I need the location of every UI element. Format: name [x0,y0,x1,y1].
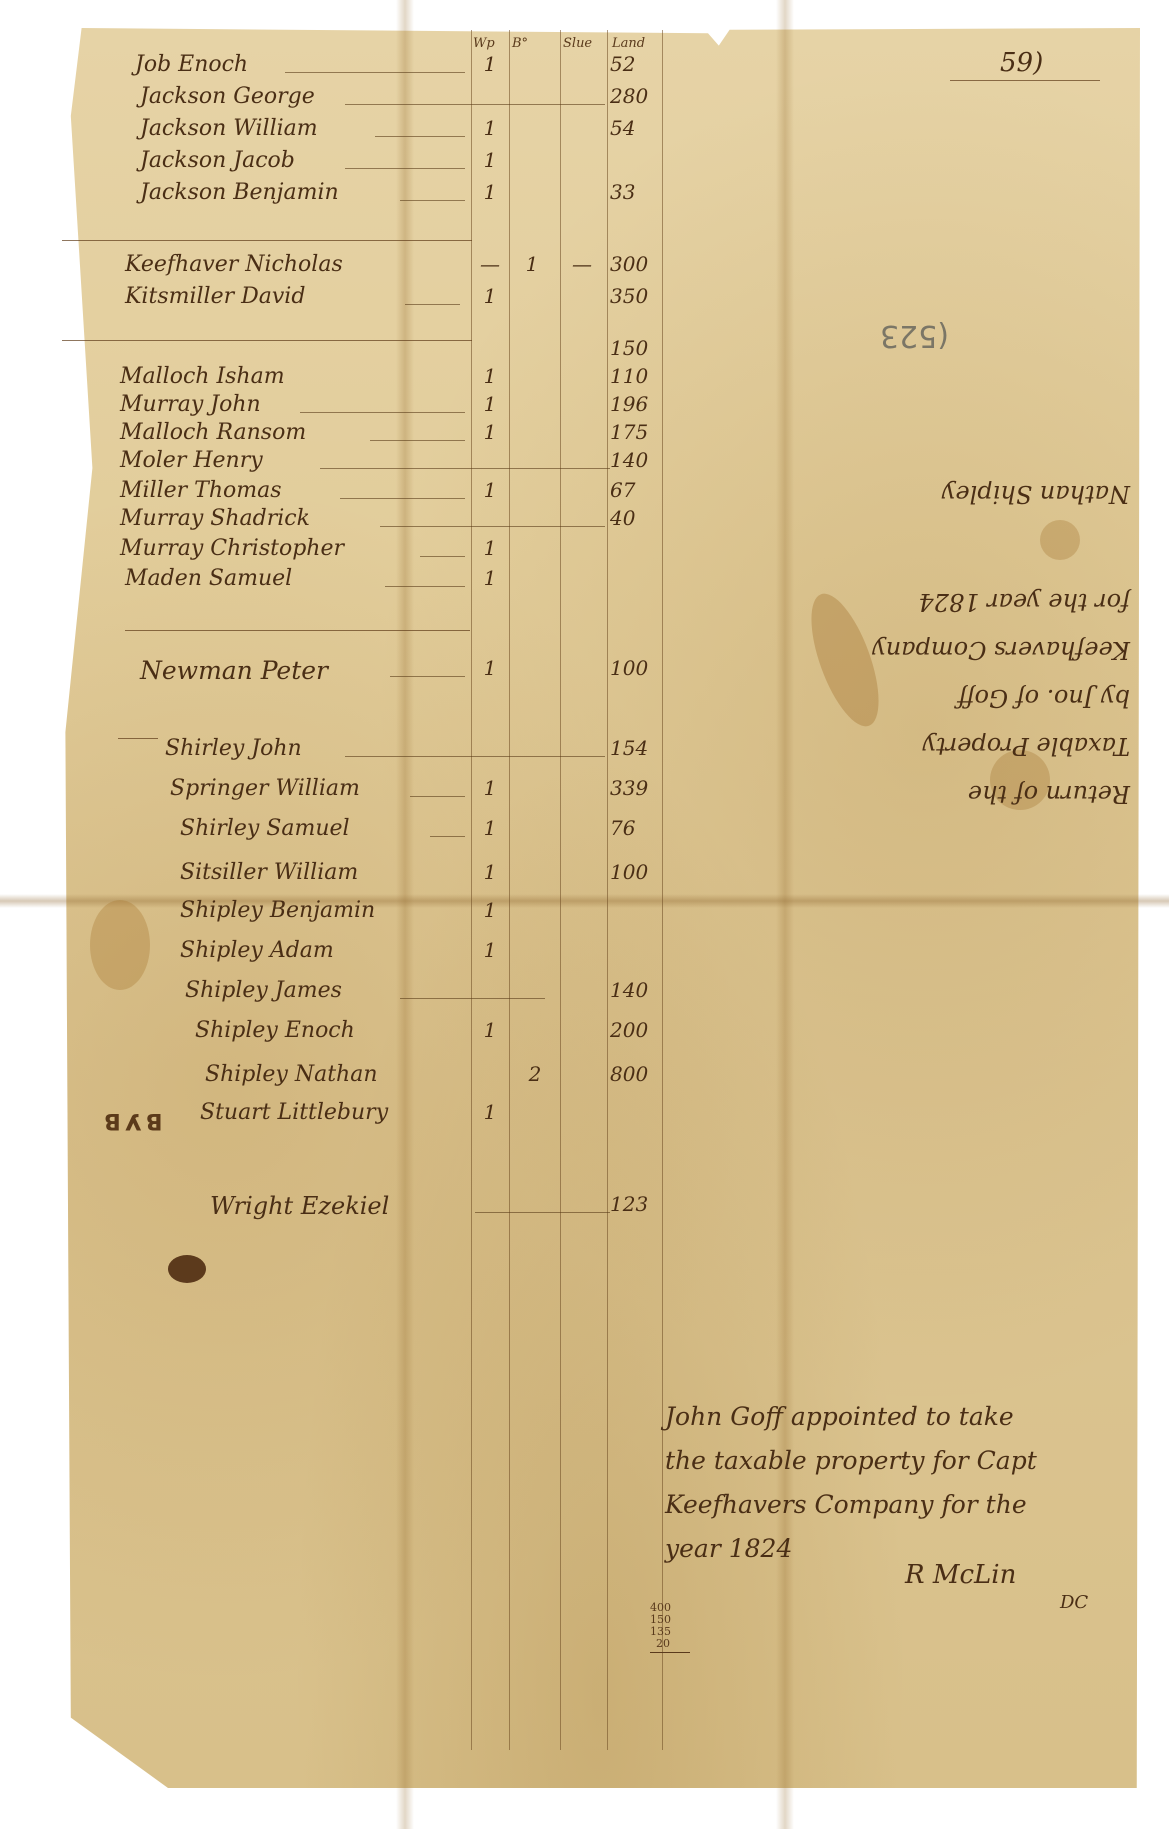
column-header-land: Land [612,36,645,51]
taxpayer-name: Kitsmiller David [125,284,305,309]
land-value: 150 [610,336,670,360]
docket-line: Nathan Shipley [800,470,1130,518]
taxpayer-name: Shirley John [165,736,302,761]
taxpayer-name: Wright Ezekiel [210,1192,389,1220]
land-value: 100 [610,656,670,680]
docket-line: Return of the [800,770,1130,818]
leader-line [340,498,465,499]
wp-value: 1 [475,284,505,308]
stamp-mark: ВУВ [100,1108,163,1133]
wp-value: 1 [475,148,505,172]
leader-line [345,104,605,105]
note-line: the taxable property for Capt [665,1439,1135,1483]
land-value: 40 [610,506,670,530]
ledger-row: Shipley Nathan 2 800 [0,1062,1100,1094]
column-header-bo: B° [512,36,528,51]
ledger-row: Jackson William 1 54 [0,116,1100,148]
leader-line [285,72,465,73]
wp-value: — [475,252,505,276]
leader-line [375,136,465,137]
land-value: 140 [610,978,670,1002]
land-value: 67 [610,478,670,502]
wp-value: 1 [475,116,505,140]
taxpayer-name: Jackson Jacob [140,148,295,173]
land-value: 154 [610,736,670,760]
ledger-row: Shipley Adam 1 [0,938,1100,970]
land-value: 33 [610,180,670,204]
taxpayer-name: Jackson Benjamin [140,180,339,205]
ledger-row: Job Enoch 1 52 [0,52,1100,84]
inverted-docket: Return of the Taxable Property by Jno. o… [800,470,1130,818]
pencil-number: (523 [880,318,949,353]
land-value: 123 [610,1192,670,1216]
taxpayer-name: Murray Christopher [120,536,344,561]
leader-line [345,168,465,169]
land-value: 52 [610,52,670,76]
taxpayer-name: Shirley Samuel [180,816,350,841]
leader-line [300,412,465,413]
appointment-note: John Goff appointed to take the taxable … [665,1395,1135,1571]
ledger-row: Jackson George 280 [0,84,1100,116]
taxpayer-name: Murray John [120,392,261,417]
land-value: 110 [610,364,670,388]
ledger-row: Kitsmiller David 1 350 [0,284,1100,316]
ledger-row: Shirley Samuel 1 76 [0,816,1100,848]
taxpayer-name: Keefhaver Nicholas [125,252,343,277]
leader-line [390,676,465,677]
taxpayer-name: Shipley Benjamin [180,898,375,923]
bo-value: 1 [517,252,547,276]
land-value: 339 [610,776,670,800]
bo-value: 2 [520,1062,550,1086]
wp-value: 1 [475,392,505,416]
section-divider [62,240,472,241]
land-value: 800 [610,1062,670,1086]
ledger-row: Shipley Benjamin 1 [0,898,1100,930]
docket-line: Taxable Property [800,722,1130,770]
taxpayer-name: Shipley James [185,978,342,1003]
ledger-row: Jackson Jacob 1 [0,148,1100,180]
land-value: 175 [610,420,670,444]
leader-line [410,796,465,797]
land-value: 76 [610,816,670,840]
leader-line [405,304,460,305]
leader-line [380,526,605,527]
wp-value: 1 [475,656,505,680]
tally-value: 20 [650,1638,671,1650]
land-value: 200 [610,1018,670,1042]
docket-line: for the year 1824 [800,578,1130,626]
tally-figures: 400 150 135 20 [650,1602,671,1650]
note-line: year 1824 [665,1527,1135,1571]
leader-line [385,586,465,587]
ledger-row: Keefhaver Nicholas — 1 — 300 [0,252,1100,284]
taxpayer-name: Job Enoch [135,52,248,77]
ledger-row: Jackson Benjamin 1 33 [0,180,1100,212]
leader-line [370,440,465,441]
wp-value: 1 [475,52,505,76]
docket-spacer [800,518,1130,578]
leader-line [430,836,465,837]
leader-line [400,200,465,201]
taxpayer-name: Maden Samuel [125,566,292,591]
wp-value: 1 [475,536,505,560]
taxpayer-name: Miller Thomas [120,478,282,503]
ledger-row: Shipley James 140 [0,978,1100,1010]
taxpayer-name: Jackson George [140,84,315,109]
land-value: 100 [610,860,670,884]
ledger-row: Wright Ezekiel 123 [0,1192,1100,1224]
ink-blot [168,1255,206,1283]
ledger-row: Sitsiller William 1 100 [0,860,1100,892]
ledger-row: Stuart Littlebury 1 [0,1100,1100,1132]
column-header-slue: Slue [563,36,592,51]
taxpayer-name: Shipley Enoch [195,1018,355,1043]
wp-value: 1 [475,898,505,922]
taxpayer-name: Malloch Ransom [120,420,306,445]
taxpayer-name: Newman Peter [140,656,328,685]
leader-line [400,998,545,999]
taxpayer-name: Murray Shadrick [120,506,310,531]
land-value: 54 [610,116,670,140]
leader-line [345,756,605,757]
docket-line: by Jno. of Goff [800,674,1130,722]
taxpayer-name: Malloch Isham [120,364,285,389]
wp-value: 1 [475,776,505,800]
taxpayer-name: Shipley Adam [180,938,334,963]
wp-value: 1 [475,860,505,884]
note-line: Keefhavers Company for the [665,1483,1135,1527]
taxpayer-name: Stuart Littlebury [200,1100,388,1125]
tally-rule [650,1652,690,1653]
slue-value: — [567,252,597,276]
signature-title: DC [1060,1592,1088,1613]
wp-value: 1 [475,180,505,204]
wp-value: 1 [475,420,505,444]
land-value: 300 [610,252,670,276]
note-line: John Goff appointed to take [665,1395,1135,1439]
wp-value: 1 [475,1100,505,1124]
wp-value: 1 [475,938,505,962]
land-value: 140 [610,448,670,472]
wp-value: 1 [475,478,505,502]
leader-line [475,1212,610,1213]
column-header-wp: Wp [473,36,495,51]
wp-value: 1 [475,1018,505,1042]
wp-value: 1 [475,566,505,590]
land-value: 196 [610,392,670,416]
leader-line [320,468,610,469]
taxpayer-name: Jackson William [140,116,318,141]
taxpayer-name: Springer William [170,776,360,801]
docket-line: Keefhavers Company [800,626,1130,674]
taxpayer-name: Shipley Nathan [205,1062,378,1087]
section-divider [125,630,470,631]
land-value: 280 [610,84,670,108]
taxpayer-name: Sitsiller William [180,860,358,885]
ledger-row: Shipley Enoch 1 200 [0,1018,1100,1050]
land-value: 350 [610,284,670,308]
signature: R McLin [905,1560,1016,1590]
leader-line [420,556,465,557]
wp-value: 1 [475,816,505,840]
wp-value: 1 [475,364,505,388]
taxpayer-name: Moler Henry [120,448,263,473]
